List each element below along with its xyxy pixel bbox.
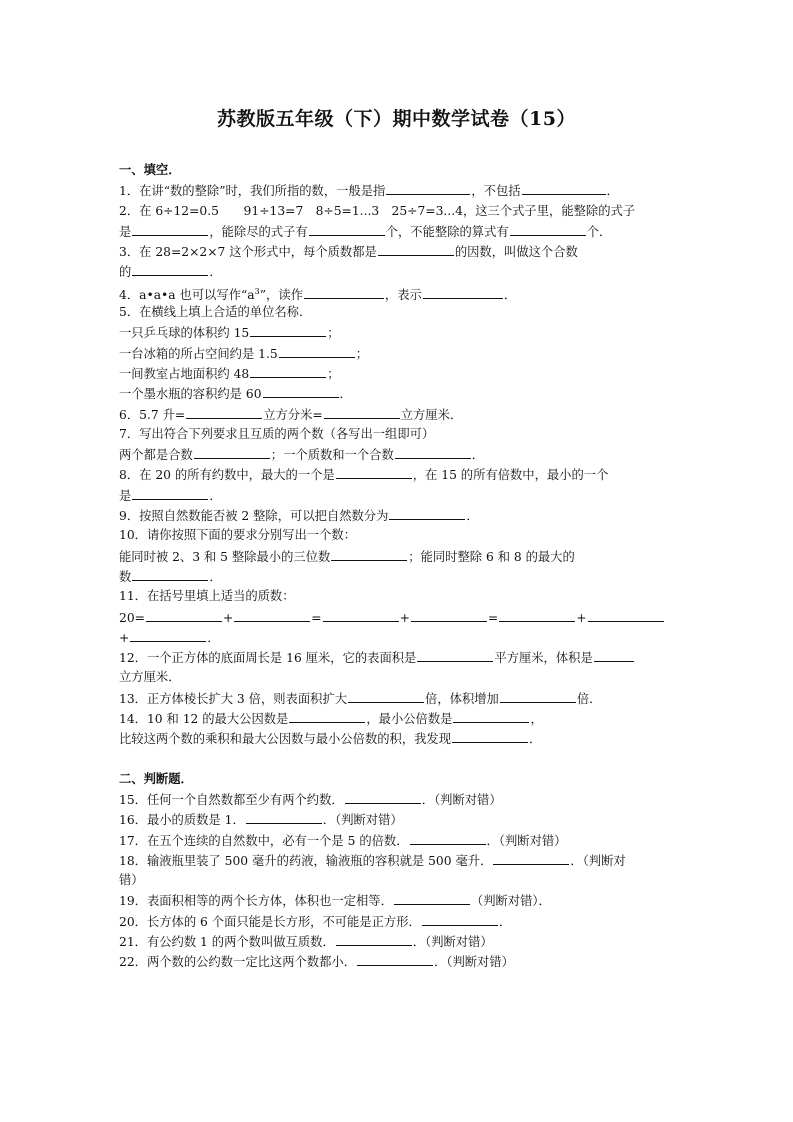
question-20: 20．长方体的 6 个面只能是长方形，不可能是正方形．． [119, 911, 679, 931]
question-14: 14．10 和 12 的最大公因数是，最小公倍数是， [119, 708, 679, 728]
answer-blank[interactable] [234, 607, 310, 622]
question-12: 12．一个正方体的底面周长是 16 厘米，它的表面积是平方厘米，体积是 [119, 647, 679, 667]
answer-blank[interactable] [279, 343, 355, 358]
question-18-cont: 错） [119, 870, 679, 890]
answer-blank[interactable] [588, 607, 664, 622]
question-7-cont: 两个都是合数；一个质数和一个合数． [119, 444, 679, 464]
question-10: 10．请你按照下面的要求分别写出一个数： [119, 525, 679, 545]
question-11-cont: +． [119, 627, 679, 647]
answer-blank[interactable] [304, 284, 384, 299]
question-5-item: 一间教室占地面积约 48； [119, 363, 679, 383]
answer-blank[interactable] [417, 647, 493, 662]
question-16: 16．最小的质数是 1．．（判断对错） [119, 809, 679, 829]
question-5-item: 一台冰箱的所占空间约是 1.5； [119, 343, 679, 363]
answer-blank[interactable] [410, 830, 486, 845]
answer-blank[interactable] [378, 241, 454, 256]
page-title: 苏教版五年级（下）期中数学试卷（15） [0, 104, 793, 131]
question-22: 22．两个数的公约数一定比这两个数都小．．（判断对错） [119, 951, 679, 971]
question-6: 6．5.7 升=立方分米=立方厘米． [119, 404, 679, 424]
question-9: 9．按照自然数能否被 2 整除，可以把自然数分为． [119, 505, 679, 525]
question-10-cont2: 数． [119, 566, 679, 586]
answer-blank[interactable] [336, 931, 412, 946]
answer-blank[interactable] [500, 688, 576, 703]
answer-blank[interactable] [348, 688, 424, 703]
question-1: 1．在讲“数的整除”时，我们所指的数，一般是指，不包括． [119, 180, 679, 200]
question-5-item: 一个墨水瓶的容积约是 60． [119, 383, 679, 403]
answer-blank[interactable] [389, 505, 465, 520]
answer-blank[interactable] [594, 647, 634, 662]
answer-blank[interactable] [345, 789, 421, 804]
answer-blank[interactable] [324, 404, 400, 419]
question-7: 7．写出符合下列要求且互质的两个数（各写出一组即可） [119, 424, 679, 444]
question-18: 18．输液瓶里装了 500 毫升的药液，输液瓶的容积就是 500 毫升．．（判断… [119, 850, 679, 870]
question-8-cont: 是． [119, 485, 679, 505]
answer-blank[interactable] [132, 221, 208, 236]
exam-content: 一、填空． 1．在讲“数的整除”时，我们所指的数，一般是指，不包括． 2．在 6… [119, 160, 679, 972]
answer-blank[interactable] [357, 951, 433, 966]
question-4: 4．a•a•a 也可以写作“a3”，读作，表示． [119, 282, 679, 302]
question-5: 5．在横线上填上合适的单位名称． [119, 302, 679, 322]
question-13: 13．正方体棱长扩大 3 倍，则表面积扩大倍，体积增加倍． [119, 688, 679, 708]
section-heading-fill-blank: 一、填空． [119, 160, 679, 180]
answer-blank[interactable] [411, 607, 487, 622]
question-15: 15．任何一个自然数都至少有两个约数．．（判断对错） [119, 789, 679, 809]
question-14-cont: 比较这两个数的乘积和最大公因数与最小公倍数的积，我发现． [119, 728, 679, 748]
answer-blank[interactable] [395, 444, 471, 459]
section-heading-true-false: 二、判断题． [119, 769, 679, 789]
question-8: 8．在 20 的所有约数中，最大的一个是，在 15 的所有倍数中，最小的一个 [119, 464, 679, 484]
question-10-cont: 能同时被 2、3 和 5 整除最小的三位数；能同时整除 6 和 8 的最大的 [119, 546, 679, 566]
question-3-cont: 的． [119, 261, 679, 281]
answer-blank[interactable] [522, 180, 606, 195]
answer-blank[interactable] [186, 404, 262, 419]
answer-blank[interactable] [246, 809, 322, 824]
answer-blank[interactable] [386, 180, 470, 195]
answer-blank[interactable] [394, 890, 470, 905]
question-11-equation: 20=+=+=+ [119, 607, 679, 627]
answer-blank[interactable] [331, 546, 407, 561]
answer-blank[interactable] [323, 607, 399, 622]
question-2-cont: 是，能除尽的式子有个，不能整除的算式有个． [119, 221, 679, 241]
question-17: 17．在五个连续的自然数中，必有一个是 5 的倍数．．（判断对错） [119, 830, 679, 850]
question-21: 21．有公约数 1 的两个数叫做互质数．．（判断对错） [119, 931, 679, 951]
answer-blank[interactable] [250, 322, 326, 337]
question-12-cont: 立方厘米． [119, 667, 679, 687]
answer-blank[interactable] [132, 566, 208, 581]
answer-blank[interactable] [493, 850, 569, 865]
answer-blank[interactable] [453, 708, 529, 723]
answer-blank[interactable] [309, 221, 385, 236]
answer-blank[interactable] [130, 627, 206, 642]
answer-blank[interactable] [132, 261, 208, 276]
answer-blank[interactable] [132, 485, 208, 500]
answer-blank[interactable] [452, 728, 528, 743]
answer-blank[interactable] [194, 444, 270, 459]
question-5-item: 一只乒乓球的体积约 15； [119, 322, 679, 342]
answer-blank[interactable] [263, 383, 339, 398]
answer-blank[interactable] [250, 363, 326, 378]
answer-blank[interactable] [510, 221, 586, 236]
question-2: 2．在 6÷12=0.5 91÷13=7 8÷5=1...3 25÷7=3...… [119, 201, 679, 221]
answer-blank[interactable] [336, 464, 412, 479]
answer-blank[interactable] [422, 911, 498, 926]
question-11: 11．在括号里填上适当的质数： [119, 586, 679, 606]
answer-blank[interactable] [289, 708, 365, 723]
question-3: 3．在 28=2×2×7 这个形式中，每个质数都是的因数，叫做这个合数 [119, 241, 679, 261]
answer-blank[interactable] [146, 607, 222, 622]
question-19: 19．表面积相等的两个长方体，体积也一定相等．（判断对错）． [119, 890, 679, 910]
answer-blank[interactable] [499, 607, 575, 622]
answer-blank[interactable] [423, 284, 503, 299]
section-spacer [119, 749, 679, 769]
